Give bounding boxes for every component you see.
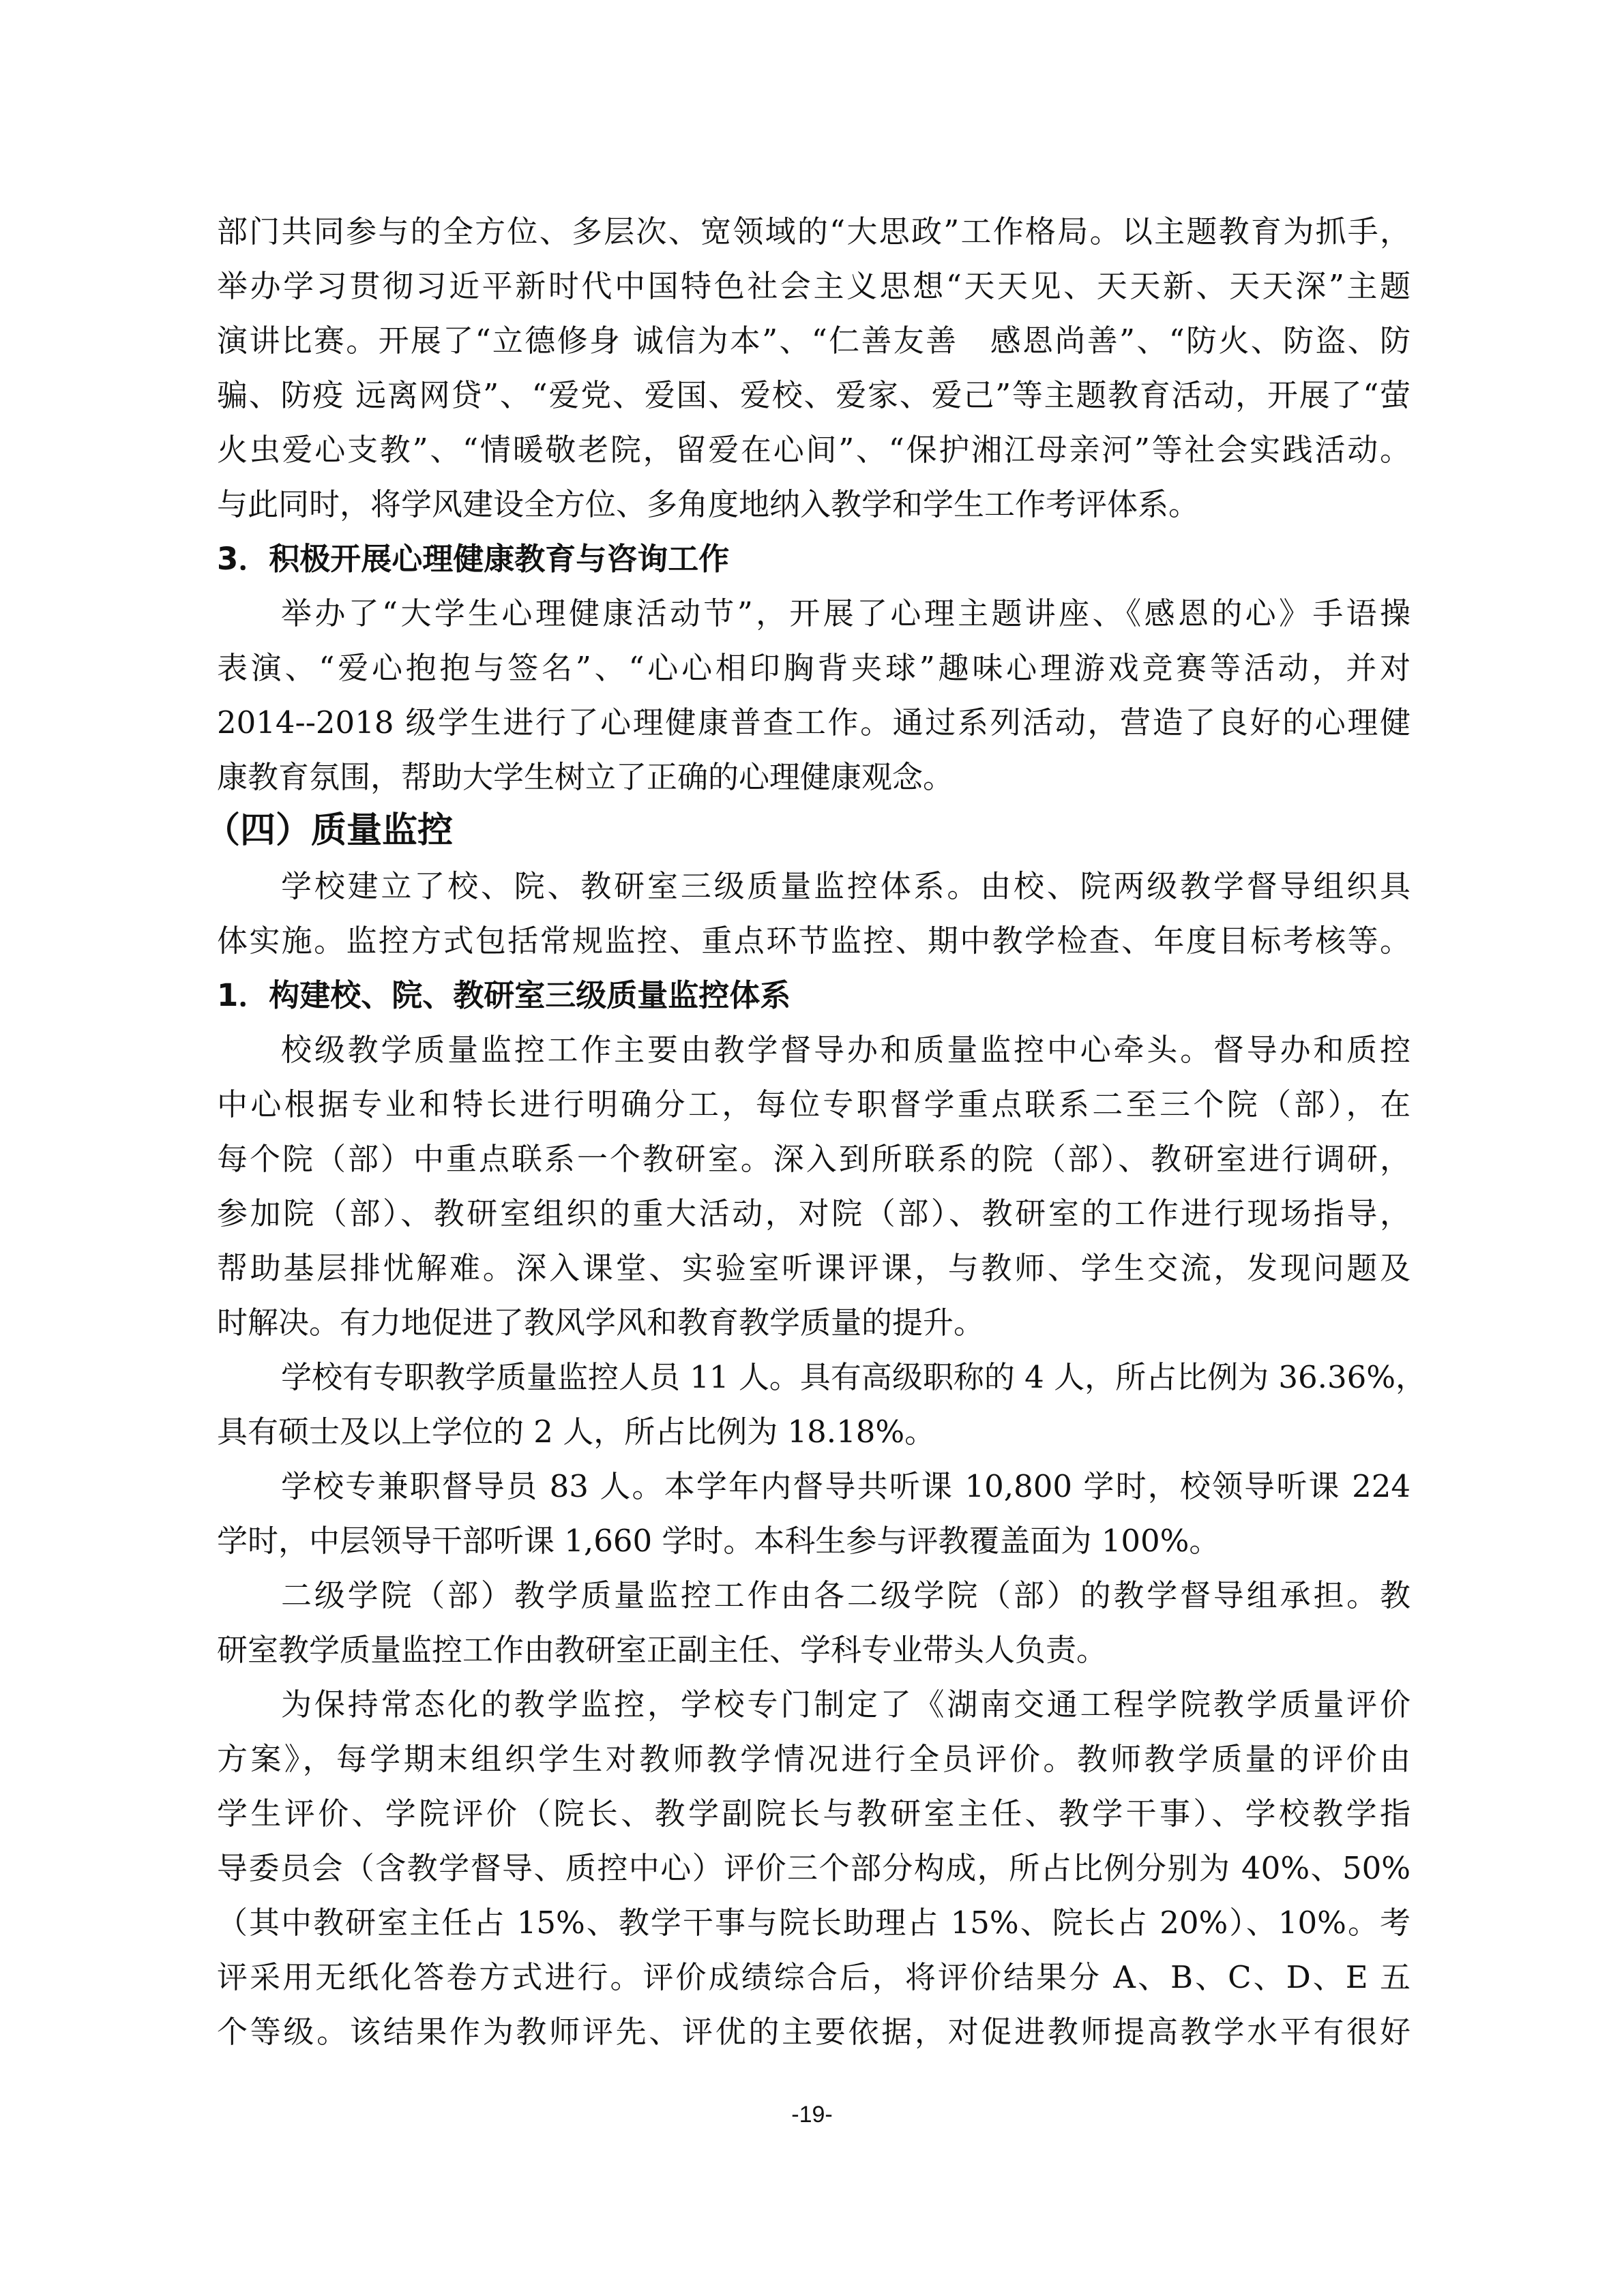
paragraph-line: 中心根据专业和特长进行明确分工，每位专职督学重点联系二至三个院（部），在 (217, 1084, 1411, 1125)
paragraph-line: 学校有专职教学质量监控人员 11 人。具有高级职称的 4 人，所占比例为 36.… (281, 1357, 1411, 1398)
paragraph-line: 举办了“大学生心理健康活动节”，开展了心理主题讲座、《感恩的心》手语操 (281, 593, 1411, 634)
paragraph-line: 导委员会（含教学督导、质控中心）评价三个部分构成，所占比例分别为 40%、50% (217, 1848, 1411, 1889)
paragraph-line: 与此同时，将学风建设全方位、多角度地纳入教学和学生工作考评体系。 (217, 484, 1411, 525)
paragraph-line: 研室教学质量监控工作由教研室正副主任、学科专业带头人负责。 (217, 1630, 1411, 1671)
paragraph-line: 时解决。有力地促进了教风学风和教育教学质量的提升。 (217, 1302, 1411, 1343)
paragraph-line: 表演、“爱心抱抱与签名”、“心心相印胸背夹球”趣味心理游戏竞赛等活动，并对 (217, 648, 1411, 689)
paragraph-line: 举办学习贯彻习近平新时代中国特色社会主义思想“天天见、天天新、天天深”主题 (217, 266, 1411, 307)
paragraph-line: 帮助基层排忧解难。深入课堂、实验室听课评课，与教师、学生交流，发现问题及 (217, 1248, 1411, 1289)
paragraph-line: 参加院（部）、教研室组织的重大活动，对院（部）、教研室的工作进行现场指导， (217, 1193, 1411, 1234)
paragraph-line: 演讲比赛。开展了“立德修身 诚信为本”、“仁善友善 感恩尚善”、“防火、防盗、防 (217, 320, 1411, 361)
paragraph-line: 部门共同参与的全方位、多层次、宽领域的“大思政”工作格局。以主题教育为抓手， (217, 211, 1411, 252)
paragraph-line: 校级教学质量监控工作主要由教学督导办和质量监控中心牵头。督导办和质控 (281, 1030, 1411, 1071)
paragraph-line: 二级学院（部）教学质量监控工作由各二级学院（部）的教学督导组承担。教 (281, 1575, 1411, 1616)
paragraph-line: 学校建立了校、院、教研室三级质量监控体系。由校、院两级教学督导组织具 (281, 866, 1411, 907)
paragraph-line: 2014--2018 级学生进行了心理健康普查工作。通过系列活动，营造了良好的心… (217, 702, 1411, 743)
paragraph-line: 康教育氛围，帮助大学生树立了正确的心理健康观念。 (217, 757, 1411, 798)
paragraph-line: 学生评价、学院评价（院长、教学副院长与教研室主任、教学干事）、学校教学指 (217, 1793, 1411, 1834)
paragraph-line: 火虫爱心支教”、“情暖敬老院，留爱在心间”、“保护湘江母亲河”等社会实践活动。 (217, 430, 1411, 471)
paragraph-line: 学校专兼职督导员 83 人。本学年内督导共听课 10,800 学时，校领导听课 … (281, 1466, 1411, 1507)
paragraph-line: 具有硕士及以上学位的 2 人，所占比例为 18.18%。 (217, 1412, 1411, 1452)
paragraph-line: 方案》，每学期末组织学生对教师教学情况进行全员评价。教师教学质量的评价由 (217, 1739, 1411, 1780)
paragraph-line: 为保持常态化的教学监控，学校专门制定了《湖南交通工程学院教学质量评价 (281, 1684, 1411, 1725)
section-heading-3: 3．积极开展心理健康教育与咨询工作 (217, 539, 1411, 580)
page-number: -19- (0, 2102, 1624, 2128)
paragraph-line: 评采用无纸化答卷方式进行。评价成绩综合后，将评价结果分 A、B、C、D、E 五 (217, 1957, 1411, 1998)
paragraph-line: 体实施。监控方式包括常规监控、重点环节监控、期中教学检查、年度目标考核等。 (217, 921, 1411, 961)
paragraph-line: 学时，中层领导干部听课 1,660 学时。本科生参与评教覆盖面为 100%。 (217, 1521, 1411, 1562)
paragraph-line: 骗、防疫 远离网贷”、“爱党、爱国、爱校、爱家、爱己”等主题教育活动，开展了“萤 (217, 375, 1411, 416)
paragraph-line: （其中教研室主任占 15%、教学干事与院长助理占 15%、院长占 20%）、10… (217, 1903, 1411, 1943)
section-heading-quality-monitoring: （四）质量监控 (205, 810, 1398, 851)
paragraph-line: 个等级。该结果作为教师评先、评优的主要依据，对促进教师提高教学水平有很好 (217, 2012, 1411, 2053)
document-page: 部门共同参与的全方位、多层次、宽领域的“大思政”工作格局。以主题教育为抓手， 举… (0, 0, 1624, 2296)
paragraph-line: 每个院（部）中重点联系一个教研室。深入到所联系的院（部）、教研室进行调研， (217, 1139, 1411, 1180)
section-heading-1: 1．构建校、院、教研室三级质量监控体系 (217, 975, 1411, 1016)
